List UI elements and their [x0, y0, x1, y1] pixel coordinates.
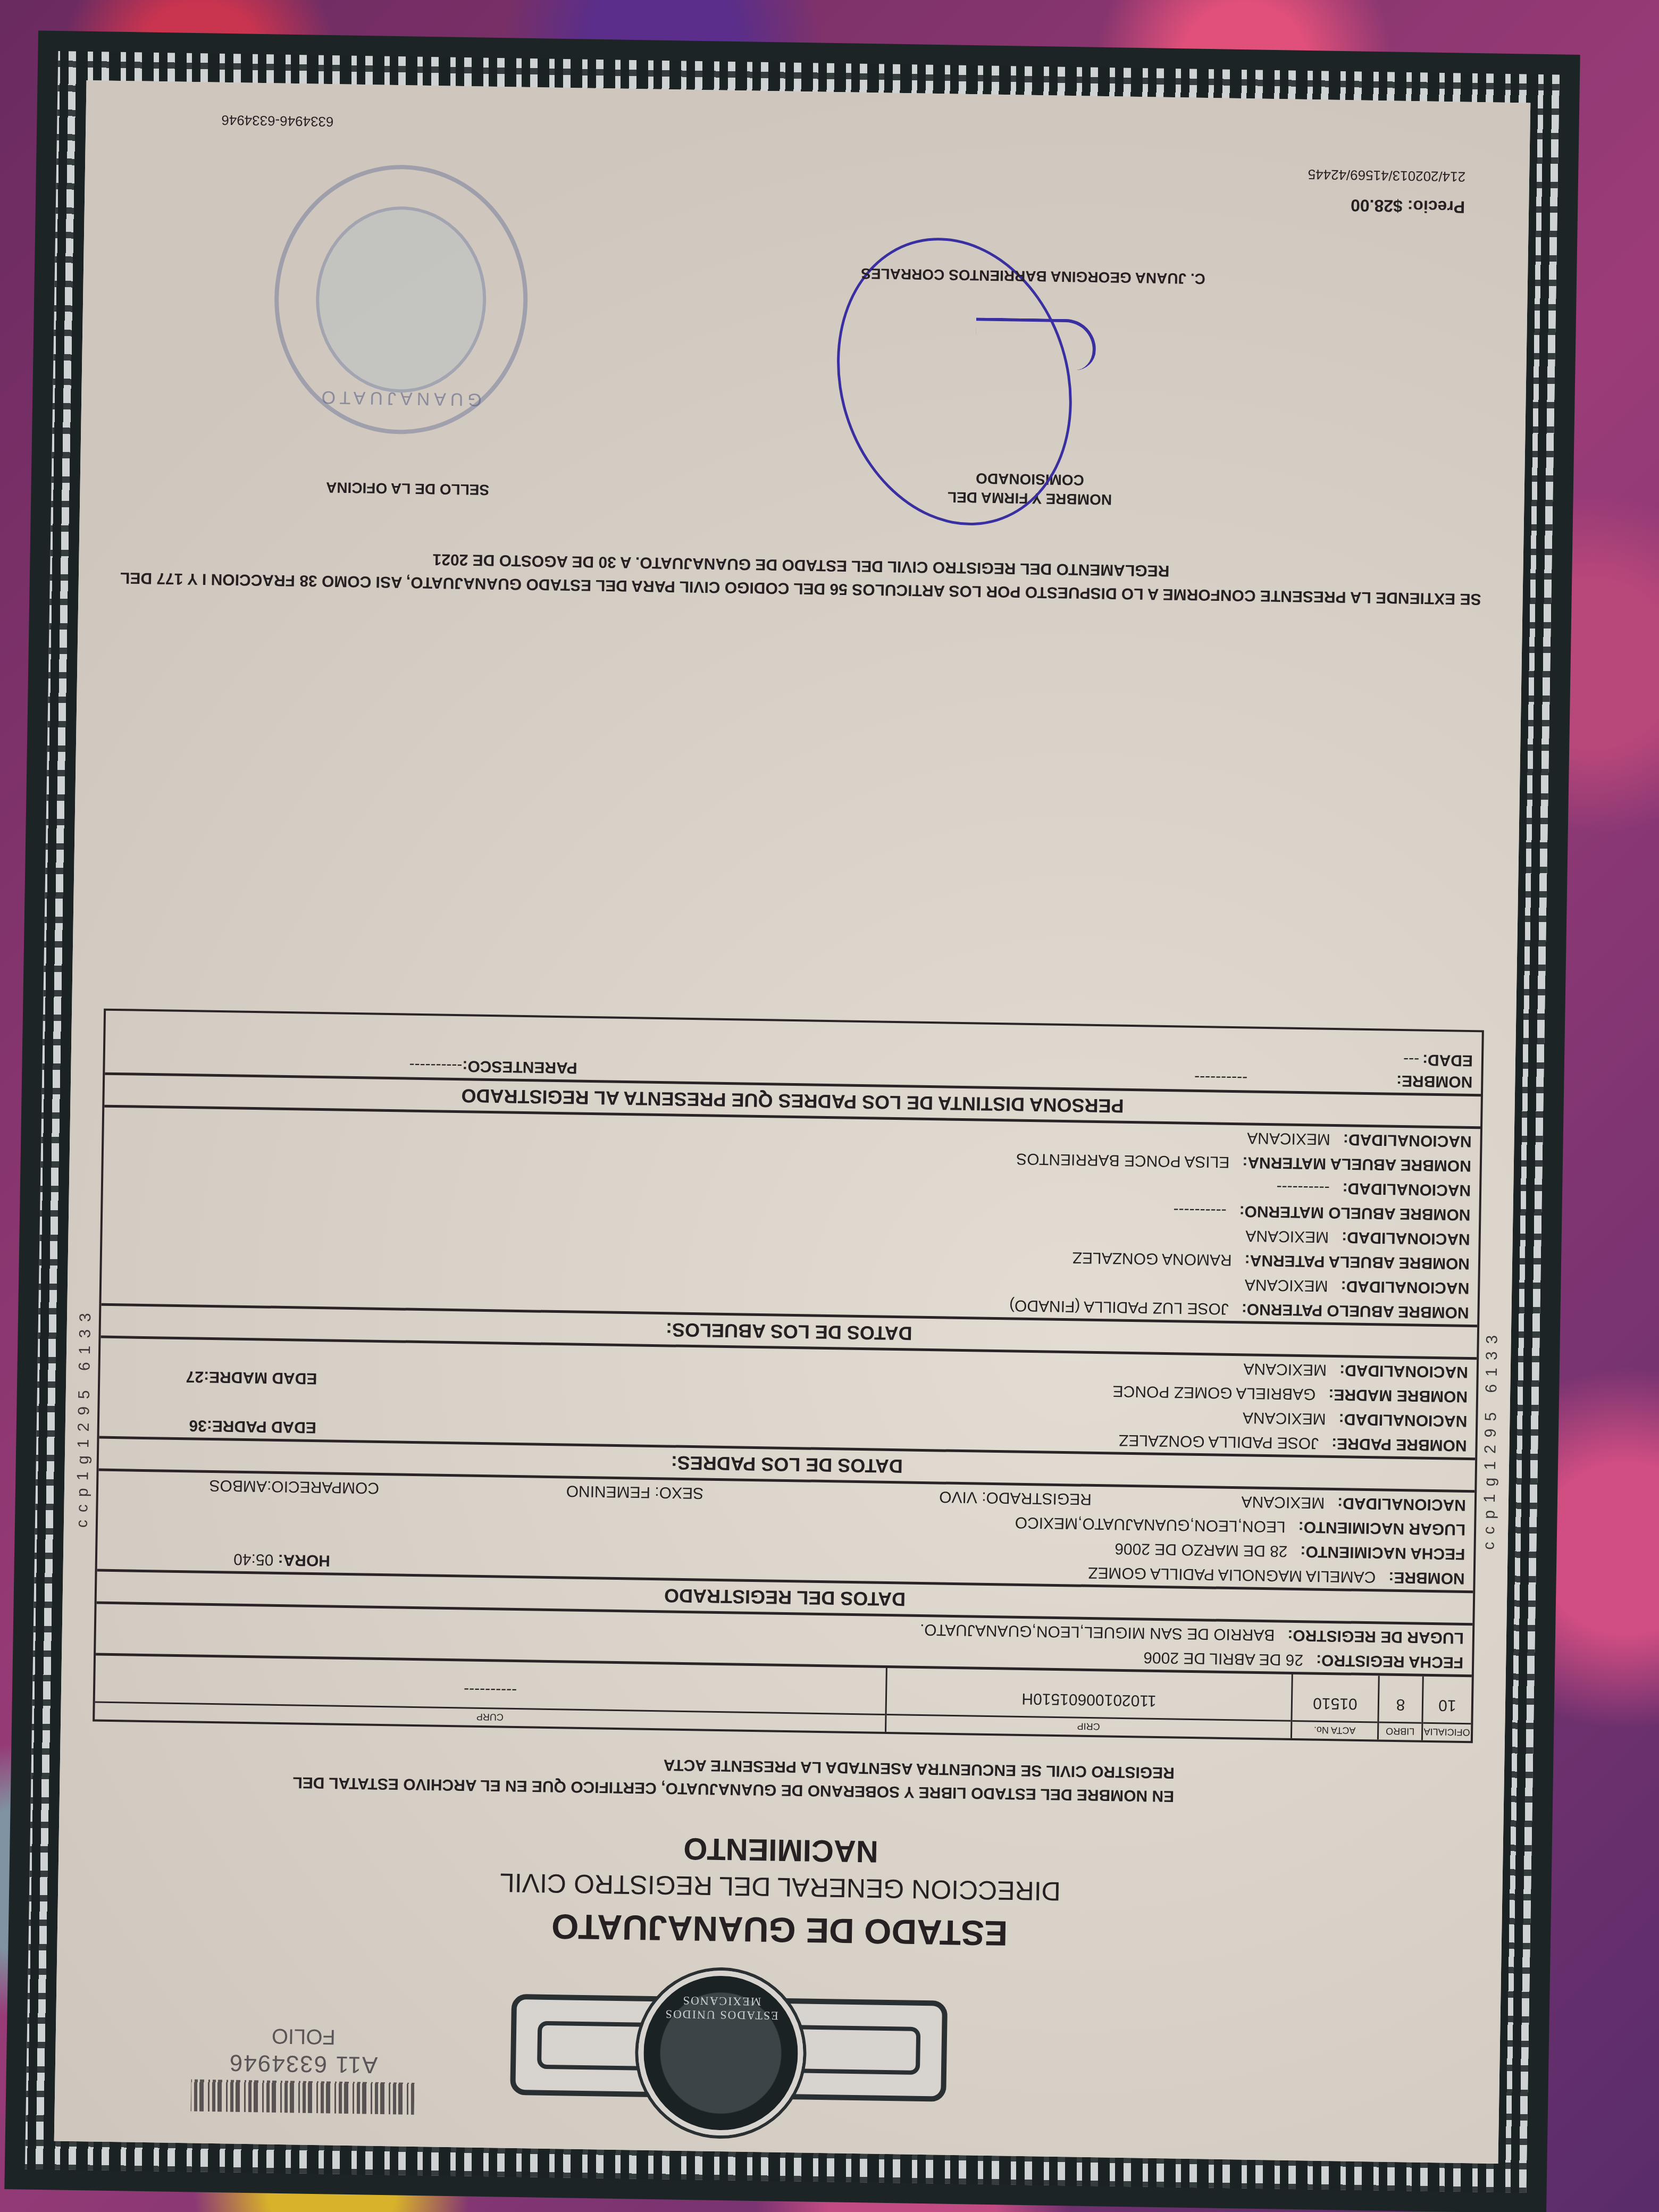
seal-label: SELLO DE LA OFICINA: [248, 476, 567, 500]
abuelos-value: MEXICANA: [1245, 1275, 1328, 1294]
lugar-registro-label: LUGAR DE REGISTRO:: [1287, 1626, 1464, 1647]
acta-cell: ACTA No. 01510: [1291, 1674, 1378, 1740]
presentante-nombre-value: ----------: [1194, 1068, 1247, 1087]
registrado-field: REGISTRADO: VIVO: [939, 1487, 1092, 1507]
national-emblem-header: ESTADOS UNIDOS MEXICANOS: [509, 1973, 948, 2139]
parentesco-label: PARENTESCO:: [462, 1057, 577, 1076]
lugar-nacimiento-label: LUGAR NACIMIENTO:: [1298, 1518, 1465, 1538]
abuelos-label: NACIONALIDAD:: [1342, 1228, 1470, 1248]
comparecio-field: COMPARECIO:AMBOS: [209, 1476, 379, 1497]
presentante-edad-value: ---: [1403, 1050, 1420, 1068]
fecha-registro-value: 26 DE ABRIL DE 2006: [1143, 1648, 1303, 1669]
office-seal-block: SELLO DE LA OFICINA GUANAJUATO: [248, 476, 567, 500]
lugar-registro-value: BARRIO DE SAN MIGUEL,LEON,GUANAJUATO.: [920, 1620, 1275, 1644]
abuelos-label: NOMBRE ABUELO MATERNO:: [1239, 1202, 1470, 1224]
acta-header: ACTA No.: [1292, 1720, 1377, 1737]
security-margin-code-right: ccp1g1295 6133: [73, 1305, 95, 1528]
oficialia-value: 10: [1423, 1696, 1472, 1714]
curp-header: CURP: [95, 1702, 885, 1729]
emblem-text: ESTADOS UNIDOS MEXICANOS: [644, 1993, 799, 2023]
folio-label: FOLIO: [192, 2022, 416, 2050]
padre-value: JOSE PADILLA GONZALEZ: [1119, 1431, 1319, 1452]
fecha-nacimiento-label: FECHA NACIMIENTO:: [1300, 1542, 1465, 1563]
padre-label: NOMBRE PADRE:: [1331, 1434, 1467, 1454]
office-stamp-icon: GUANAJUATO: [272, 163, 530, 436]
libro-value: 8: [1379, 1695, 1422, 1713]
stamp-text: GUANAJUATO: [277, 386, 522, 410]
lugar-nacimiento-value: LEON,LEON,GUANAJUATO,MEXICO: [1015, 1513, 1286, 1536]
registrado-value: VIVO: [939, 1488, 977, 1506]
fecha-nacimiento-value: 28 DE MARZO DE 2006: [1115, 1539, 1288, 1560]
certificate-body: ESTADOS UNIDOS MEXICANOS A11 6334946 FOL…: [54, 80, 1531, 2164]
folio-number: A11 6334946: [191, 2048, 415, 2079]
oficialia-header: OFICIALIA: [1423, 1722, 1471, 1738]
price: Precio: $28.00: [1351, 195, 1465, 216]
abuelos-label: NACIONALIDAD:: [1340, 1277, 1469, 1297]
abuelos-value: RAMONA GONZALEZ: [1072, 1248, 1232, 1269]
nacionalidad-padre-value: MEXICANA: [1243, 1408, 1326, 1427]
edad-madre-label: EDAD MADRE:: [204, 1368, 317, 1387]
hora-value: 05:40: [233, 1551, 274, 1569]
legal-basis-text: SE EXTIENDE LA PRESENTE CONFORME A LO DI…: [111, 542, 1492, 611]
nacionalidad-value: MEXICANA: [1241, 1492, 1325, 1511]
hora-field: HORA: 05:40: [233, 1550, 330, 1570]
curp-cell: CURP ----------: [95, 1656, 886, 1732]
presentante-edad-label: EDAD:: [1422, 1051, 1473, 1069]
abuelos-label: NOMBRE ABUELA MATERNA:: [1242, 1153, 1471, 1175]
eagle-emblem-icon: ESTADOS UNIDOS MEXICANOS: [637, 1970, 805, 2137]
nacionalidad-madre-label: NACIONALIDAD:: [1339, 1361, 1468, 1381]
comparecio-value: AMBOS: [209, 1477, 267, 1495]
parentesco-field: PARENTESCO:----------: [409, 1056, 577, 1077]
nacionalidad-madre-value: MEXICANA: [1243, 1359, 1327, 1378]
abuelos-value: ----------: [1276, 1178, 1329, 1197]
records-table: OFICIALIA 10 LIBRO 8 ACTA No. 01510 CRIP…: [93, 1009, 1484, 1744]
abuelos-value: MEXICANA: [1247, 1128, 1330, 1147]
abuelos-value: MEXICANA: [1245, 1226, 1329, 1245]
nacionalidad-padre-label: NACIONALIDAD:: [1338, 1410, 1467, 1430]
abuelos-list: NOMBRE ABUELO PATERNO:JOSE LUZ PADILLA (…: [101, 1108, 1480, 1325]
acta-value: 01510: [1293, 1694, 1378, 1713]
crip-value: 11020100601510H: [887, 1687, 1291, 1712]
security-margin-code-left: ccp1g1295 6133: [1480, 1328, 1502, 1550]
edad-padre-value: 36: [189, 1417, 207, 1435]
registrado-label: REGISTRADO:: [982, 1489, 1092, 1508]
abuelos-label: NOMBRE ABUELO PATERNO:: [1242, 1300, 1469, 1321]
sexo-value: FEMENINO: [566, 1482, 650, 1501]
edad-madre-field: EDAD MADRE:27: [186, 1367, 317, 1387]
abuelos-label: NACIONALIDAD:: [1343, 1130, 1472, 1150]
signature-scribble-icon: [975, 317, 1096, 371]
oficialia-cell: OFICIALIA 10: [1421, 1677, 1472, 1741]
fecha-registro-label: FECHA REGISTRO:: [1316, 1651, 1464, 1671]
libro-header: LIBRO: [1379, 1721, 1421, 1737]
crip-cell: CRIP 11020100601510H: [885, 1668, 1292, 1738]
control-code: 214/202013/41569/42445: [1308, 166, 1465, 185]
nombre-label: NOMBRE:: [1388, 1568, 1465, 1587]
abuelos-value: ----------: [1173, 1201, 1226, 1220]
parentesco-value: ----------: [409, 1057, 462, 1075]
signature-block: NOMBRE Y FIRMA DEL COMISIONADO C. JUANA …: [790, 466, 1269, 512]
edad-padre-label: EDAD PADRE:: [207, 1417, 317, 1436]
madre-value: GABRIELA GOMEZ PONCE: [1112, 1382, 1316, 1403]
abuelos-label: NOMBRE ABUELA PATERNA:: [1244, 1251, 1470, 1272]
birth-certificate: ESTADOS UNIDOS MEXICANOS A11 6334946 FOL…: [4, 30, 1580, 2212]
edad-padre-field: EDAD PADRE:36: [189, 1416, 316, 1436]
abuelos-value: ELISA PONCE BARRIENTOS: [1016, 1150, 1230, 1171]
sexo-label: SEXO:: [655, 1484, 703, 1502]
barcode-icon: [191, 2079, 415, 2115]
folio-block: A11 6334946 FOLIO: [191, 2022, 416, 2115]
edad-madre-value: 27: [186, 1368, 204, 1386]
abuelos-value: JOSE LUZ PADILLA (FINADO): [1009, 1296, 1229, 1317]
abuelos-label: NACIONALIDAD:: [1342, 1179, 1471, 1199]
libro-cell: LIBRO 8: [1377, 1675, 1422, 1740]
curp-value: ----------: [95, 1675, 885, 1705]
nombre-value: CAMELIA MAGNOLIA PADILLA GOMEZ: [1088, 1563, 1376, 1586]
crip-header: CRIP: [886, 1714, 1291, 1735]
nacionalidad-label: NACIONALIDAD:: [1337, 1494, 1466, 1514]
serial-range: 6334946-6334946: [221, 112, 334, 130]
comparecio-label: COMPARECIO:: [267, 1478, 380, 1497]
certification-text: EN NOMBRE DEL ESTADO LIBRE Y SOBERANO DE…: [244, 1746, 1175, 1807]
presentante-nombre-label: NOMBRE:: [1396, 1071, 1473, 1091]
sexo-field: SEXO: FEMENINO: [566, 1481, 703, 1502]
madre-label: NOMBRE MADRE:: [1328, 1385, 1468, 1405]
hora-label: HORA:: [278, 1551, 330, 1570]
